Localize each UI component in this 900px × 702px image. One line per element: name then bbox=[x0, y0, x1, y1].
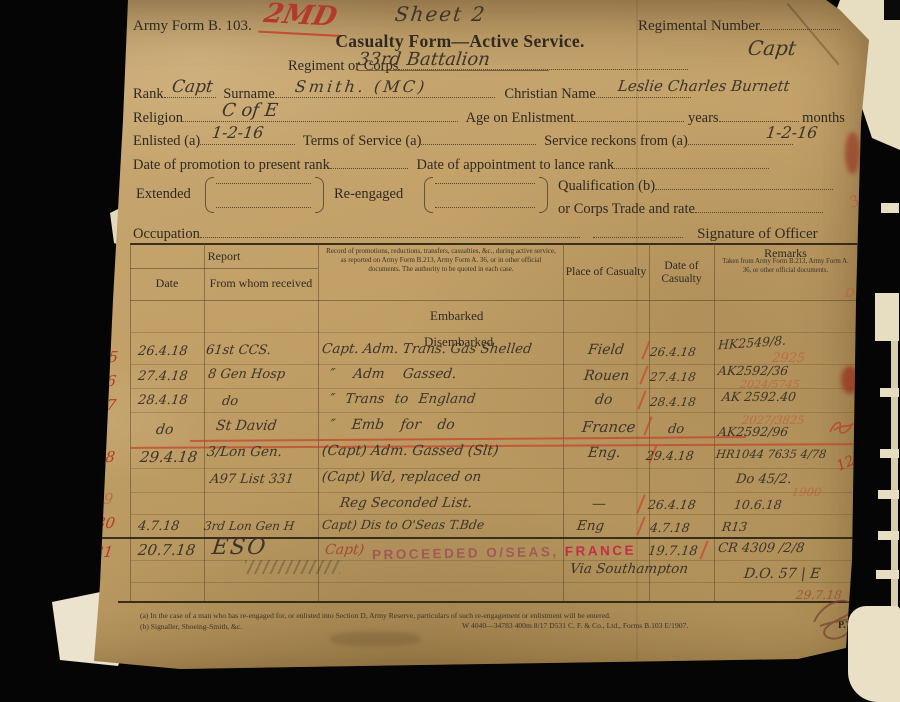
row-remarks: AK2592/96 bbox=[717, 424, 789, 439]
place-header: Place of Casualty bbox=[563, 266, 649, 278]
row-line bbox=[131, 582, 857, 583]
rank-value: Capt bbox=[171, 77, 214, 97]
re-engaged-brace-left bbox=[424, 177, 433, 213]
footnote-b: (b) Signaller, Shoeing-Smith, &c. bbox=[140, 622, 242, 631]
sheet-label: Sheet 2 bbox=[394, 2, 488, 26]
col-line-cdate bbox=[714, 243, 715, 601]
row-date: 26.4.18 bbox=[137, 344, 188, 359]
record-header: Record of promotions, reductions, transf… bbox=[324, 247, 558, 274]
rank-label: Rank bbox=[133, 86, 164, 102]
scanned-document-page: Army Form B. 103. 2MD Sheet 2 Regimental… bbox=[0, 0, 900, 702]
dotted-line bbox=[655, 176, 833, 190]
row-record: Reg Seconded List. bbox=[339, 495, 473, 511]
smudge bbox=[330, 632, 420, 646]
dotted-line bbox=[421, 131, 536, 145]
row-date: do bbox=[155, 422, 174, 438]
occupation-label: Occupation bbox=[133, 226, 200, 242]
row-date: 27.4.18 bbox=[137, 369, 188, 384]
extended-brace-left bbox=[205, 177, 214, 213]
army-form-paper: Army Form B. 103. 2MD Sheet 2 Regimental… bbox=[0, 0, 900, 702]
dotted-line bbox=[719, 108, 799, 122]
religion-value: C of E bbox=[221, 100, 279, 121]
row-casualty-date: 26.4.18 bbox=[649, 345, 697, 359]
col-line-date bbox=[204, 243, 205, 601]
pencil-hatch-smudge bbox=[245, 560, 340, 574]
terms-of-service-label: Terms of Service (a) bbox=[303, 133, 422, 149]
qualification-label: Qualification (b) bbox=[558, 178, 655, 194]
row-remarks: AK2592/36 bbox=[717, 363, 789, 378]
red-tick-mark bbox=[639, 365, 648, 384]
enlisted-label: Enlisted (a) bbox=[133, 133, 200, 149]
page-edge-tab bbox=[878, 490, 899, 499]
print-line: W 4040—34783 400m 8/17 D531 C. F. & Co.,… bbox=[462, 621, 688, 630]
row-casualty-date: do bbox=[667, 422, 685, 437]
red-scribble bbox=[828, 416, 858, 438]
row-place: France bbox=[581, 418, 637, 436]
service-reckons-value: 1-2-16 bbox=[765, 123, 819, 142]
page-edge-corner-shadow bbox=[884, 0, 900, 20]
stamp-text-france: FRANCE bbox=[565, 543, 637, 559]
margin-number: 28 bbox=[95, 448, 116, 466]
page-edge-strip bbox=[891, 330, 898, 625]
row-record: ″ Trans to England bbox=[329, 391, 476, 407]
table-border-left bbox=[130, 243, 131, 601]
row-from: 8 Gen Hosp bbox=[207, 367, 286, 382]
religion-label: Religion bbox=[133, 110, 183, 126]
rank-annotation-top: Capt bbox=[747, 36, 798, 60]
signature-of-officer-label: Signature of Officer bbox=[697, 226, 818, 242]
row-remarks: AK 2592.40 bbox=[721, 389, 797, 404]
date-header: Date bbox=[130, 276, 204, 291]
row-record: (Capt) Wd, replaced on bbox=[321, 469, 482, 485]
table-border-right bbox=[857, 243, 858, 601]
row-casualty-date: 28.4.18 bbox=[649, 395, 697, 409]
col-line-from bbox=[318, 243, 319, 601]
table-border-top bbox=[130, 243, 857, 245]
row-casualty-date: 29.4.18 bbox=[645, 448, 695, 463]
row-remarks: 10.6.18 bbox=[733, 497, 783, 512]
row-record-prefix: Capt) bbox=[324, 542, 365, 558]
row-casualty-date: 4.7.18 bbox=[649, 520, 691, 535]
report-header: Report bbox=[130, 249, 318, 264]
surname-value: Smith. (MC) bbox=[294, 77, 429, 96]
army-form-number: Army Form B. 103. bbox=[133, 18, 252, 35]
service-reckons-label: Service reckons from (a) bbox=[544, 133, 688, 149]
row-place: Via Southampton bbox=[569, 561, 689, 577]
page-edge-tab bbox=[880, 388, 899, 397]
margin-number: 29 bbox=[93, 490, 114, 508]
mid-heavy-rule bbox=[82, 537, 858, 539]
row-place: — bbox=[591, 496, 607, 512]
years-label: years bbox=[688, 110, 719, 126]
row-place: Eng bbox=[576, 518, 605, 534]
regiment-or-corps-value: 33rd Battalion bbox=[357, 49, 552, 71]
row-date: 29.4.18 bbox=[139, 448, 198, 466]
row-from: do bbox=[221, 394, 239, 409]
extended-label: Extended bbox=[136, 186, 191, 203]
margin-number: 26 bbox=[96, 372, 117, 390]
dotted-line bbox=[695, 199, 823, 213]
row-remarks: R13 bbox=[721, 519, 748, 534]
dotted-line bbox=[760, 16, 840, 30]
red-tick-mark bbox=[637, 390, 646, 409]
row-record: Capt) Dis to O'Seas T.Bde bbox=[321, 517, 485, 532]
red-tick-mark bbox=[643, 416, 652, 435]
report-divider bbox=[130, 268, 318, 269]
row-casualty-date: 27.4.18 bbox=[649, 370, 697, 384]
row-casualty-date: 26.4.18 bbox=[647, 497, 697, 512]
row-date: 20.7.18 bbox=[137, 541, 196, 559]
row-from: 3/Lon Gen. bbox=[206, 444, 283, 460]
christian-name-label: Christian Name bbox=[504, 86, 595, 102]
age-on-enlistment-label: Age on Enlistment bbox=[466, 110, 575, 126]
row-record: Capt. Adm. Trans. Gas Shelled bbox=[321, 341, 533, 357]
corps-trade-label: or Corps Trade and rate bbox=[558, 201, 695, 217]
dotted-line bbox=[614, 155, 769, 169]
red-rule-upper bbox=[190, 436, 746, 442]
page-edge-tab bbox=[881, 203, 899, 213]
re-engaged-dotted-bottom bbox=[435, 194, 535, 213]
occupation-line: Occupation Signature of Officer bbox=[133, 224, 818, 243]
row-remarks: HR1044 7635 4/78 bbox=[715, 447, 827, 461]
footnote-a: (a) In the case of a man who has re-enga… bbox=[140, 611, 790, 620]
page-edge-bottom-right bbox=[848, 606, 900, 702]
page-edge-tab bbox=[875, 293, 899, 341]
row-line bbox=[131, 514, 857, 515]
from-whom-header: From whom received bbox=[204, 276, 318, 291]
row-remarks-red: 1900 bbox=[791, 485, 822, 499]
page-edge-tab bbox=[876, 570, 899, 579]
christian-name-value: Leslie Charles Burnett bbox=[617, 77, 791, 95]
red-margin-squiggle: 36 bbox=[846, 186, 872, 211]
row-date: 28.4.18 bbox=[137, 393, 188, 408]
re-engaged-dotted-top bbox=[435, 170, 535, 189]
row-line bbox=[131, 492, 857, 493]
row-place: Eng. bbox=[587, 445, 622, 461]
row-remarks: CR 4309 /2/8 bbox=[717, 541, 805, 556]
margin-number: 30 bbox=[95, 514, 116, 532]
row-record: (Capt) Adm. Gassed (Slt) bbox=[321, 443, 499, 459]
row-record: ″ Emb for do bbox=[329, 417, 456, 433]
table-header-bottom bbox=[130, 300, 857, 301]
row-from: ESO bbox=[210, 535, 268, 560]
remarks-red-mark: D bbox=[844, 286, 855, 300]
enlisted-value: 1-2-16 bbox=[211, 123, 265, 142]
margin-number: 27 bbox=[96, 396, 117, 414]
corps-trade-line: or Corps Trade and rate bbox=[558, 199, 823, 218]
row-remarks-red: 1242 bbox=[834, 445, 873, 474]
red-stain bbox=[845, 132, 860, 174]
extended-dotted-top bbox=[216, 170, 311, 189]
row-from: A97 List 331 bbox=[209, 472, 295, 487]
page-edge-tab bbox=[879, 94, 899, 105]
row-remarks: HK2549/8. bbox=[718, 333, 787, 353]
row-line bbox=[131, 332, 857, 333]
dotted-line bbox=[200, 224, 580, 238]
qualification-line: Qualification (b) bbox=[558, 176, 833, 195]
red-tick-mark bbox=[699, 540, 708, 559]
row-line bbox=[131, 468, 857, 469]
remarks-subheader: Taken from Army Form B.213, Army Form A.… bbox=[722, 258, 849, 276]
row-record: ″ Adm Gassed. bbox=[329, 366, 457, 382]
extended-brace-right bbox=[315, 177, 324, 213]
row-from: 3rd Lon Gen H bbox=[203, 519, 295, 533]
row-casualty-date: 19.7.18 bbox=[647, 544, 698, 559]
row-from: 61st CCS. bbox=[205, 343, 272, 358]
dotted-line bbox=[574, 108, 684, 122]
row-remarks: Do 45/2. bbox=[735, 472, 793, 487]
date-of-casualty-header-2: Casualty bbox=[649, 273, 714, 285]
dotted-line bbox=[593, 224, 683, 238]
page-edge-tab bbox=[878, 531, 899, 540]
extended-dotted-bottom bbox=[216, 194, 311, 213]
row-place: Field bbox=[587, 342, 625, 358]
row-place: do bbox=[594, 392, 613, 408]
row-place: Rouen bbox=[583, 368, 630, 384]
row-remarks-2: D.O. 57 | E bbox=[743, 566, 821, 582]
re-engaged-label: Re-engaged bbox=[334, 186, 403, 203]
margin-number: 31 bbox=[93, 543, 114, 561]
row-date: 4.7.18 bbox=[137, 519, 180, 534]
re-engaged-brace-right bbox=[539, 177, 548, 213]
embarked-label: Embarked bbox=[430, 308, 483, 324]
page-edge-tab bbox=[880, 449, 899, 458]
margin-number: 25 bbox=[98, 348, 119, 366]
red-stain bbox=[841, 366, 859, 394]
table-border-bottom bbox=[118, 601, 858, 603]
dotted-line bbox=[330, 155, 408, 169]
row-from: St David bbox=[215, 418, 278, 434]
date-of-casualty-header-1: Date of bbox=[649, 260, 714, 272]
